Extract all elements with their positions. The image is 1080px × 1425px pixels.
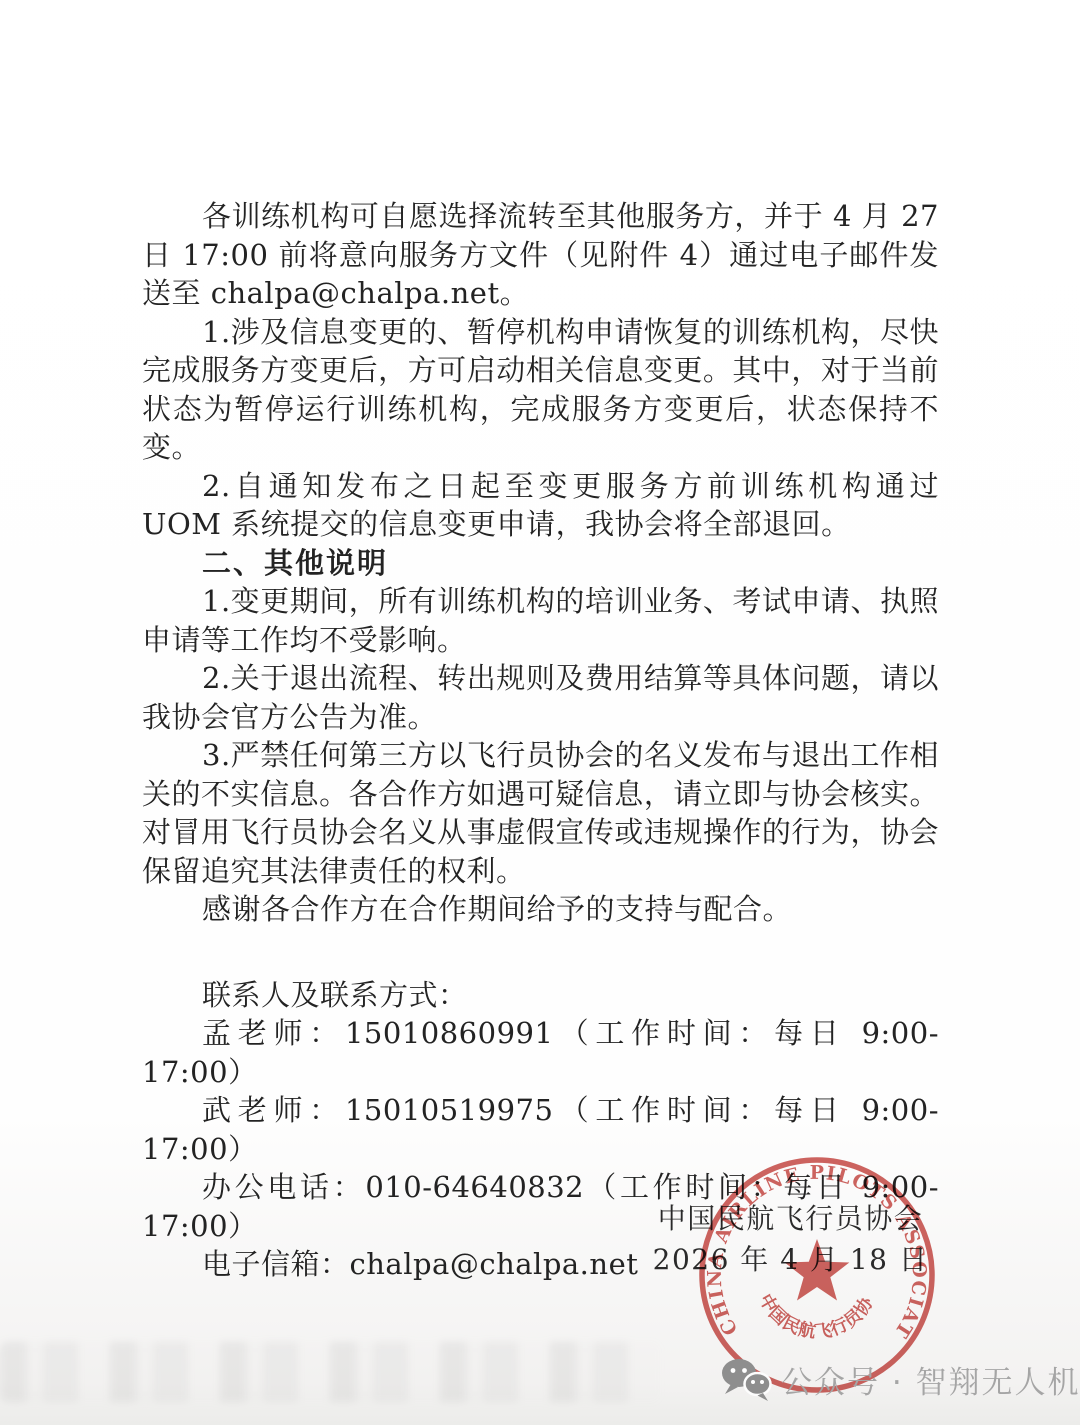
paragraph-no-impact: 1.变更期间，所有训练机构的培训业务、考试申请、执照申请等工作均不受影响。 xyxy=(142,582,939,659)
scan-bleed-artifact xyxy=(0,1342,660,1402)
paragraph-third-party-warning: 3.严禁任何第三方以飞行员协会的名义发布与退出工作相关的不实信息。各合作方如遇可… xyxy=(142,736,939,890)
paragraph-thanks: 感谢各合作方在合作期间给予的支持与配合。 xyxy=(142,890,939,929)
wechat-icon xyxy=(720,1356,772,1402)
paragraph-transfer-deadline: 各训练机构可自愿选择流转至其他服务方，并于 4 月 27 日 17:00 前将意… xyxy=(142,197,939,313)
watermark: 公众号 · 智翔无人机 xyxy=(720,1356,1080,1402)
notice-body: 各训练机构可自愿选择流转至其他服务方，并于 4 月 27 日 17:00 前将意… xyxy=(142,197,939,1284)
scanned-notice-page: 各训练机构可自愿选择流转至其他服务方，并于 4 月 27 日 17:00 前将意… xyxy=(0,0,1080,1425)
paragraph-uom-returns: 2.自通知发布之日起至变更服务方前训练机构通过 UOM 系统提交的信息变更申请，… xyxy=(142,467,939,544)
paragraph-info-change-rule: 1.涉及信息变更的、暂停机构申请恢复的训练机构，尽快完成服务方变更后，方可启动相… xyxy=(142,313,939,467)
contact-heading: 联系人及联系方式： xyxy=(142,976,939,1015)
seal-ring-text: CHINA AIRLINE PILOTS ASSOCIATION xyxy=(694,1152,930,1343)
contact-line-meng: 孟老师：15010860991（工作时间：每日 9:00-17:00） xyxy=(142,1014,939,1091)
section-heading-other-notes: 二、其他说明 xyxy=(142,544,939,583)
star-icon xyxy=(785,1239,850,1301)
paragraph-official-announcement: 2.关于退出流程、转出规则及费用结算等具体问题，请以我协会官方公告为准。 xyxy=(142,659,939,736)
watermark-label: 公众号 · 智翔无人机 xyxy=(781,1357,1080,1402)
